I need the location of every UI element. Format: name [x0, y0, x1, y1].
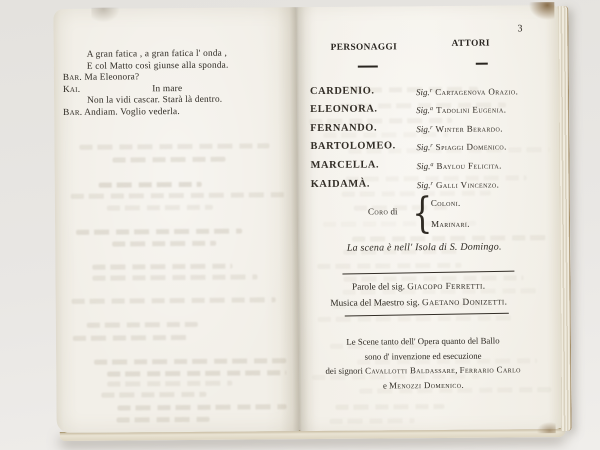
scenographer-name: Menozzi Domenico [389, 380, 462, 391]
title-superscript: r [430, 124, 433, 131]
dialogue-text: Ma Eleonora? [84, 72, 139, 82]
actor-text: Winter Berardo. [435, 123, 502, 134]
left-page: A gran fatica , a gran fatica l' onda , … [53, 7, 299, 433]
cast-row: KAIDAMÀ. Sig.rGalli Vincenzo. [311, 177, 557, 192]
right-page: 3 PERSONAGGI ATTORI CARDENIO. Sig.rCarta… [296, 5, 561, 431]
cast-row: CARDENIO. Sig.rCartagenova Orazio. [310, 84, 556, 99]
title-abbrev: Sig. [416, 124, 430, 134]
scenery-line: e Menozzi Domenico. [299, 377, 547, 394]
actor-text: Cartagenova Orazio. [435, 86, 518, 97]
photo-backdrop: A gran fatica , a gran fatica l' onda , … [0, 0, 600, 450]
librettist-name: Giacopo Ferretti [407, 282, 483, 293]
actor-name: Sig.aTadolini Eugenia. [416, 104, 506, 115]
character-name: KAIDAMÀ. [311, 179, 370, 190]
credit-suffix: . [483, 282, 485, 292]
scenery-credit-block: Le Scene tanto dell' Opera quanto del Ba… [299, 333, 547, 393]
title-superscript: a [430, 161, 433, 168]
cast-row: MARCELLA. Sig.aBaylou Felicita. [311, 158, 557, 173]
scenery-suffix: . [461, 380, 463, 390]
dialogue-line: Bar. Andiam. Voglio vederla. [60, 106, 290, 119]
actor-text: Galli Vincenzo. [436, 179, 499, 189]
composer-name: Gaetano Donizetti [422, 297, 505, 308]
personaggi-rule [358, 65, 378, 67]
character-name: CARDENIO. [310, 86, 375, 98]
credit-prefix: Parole del sig. [352, 282, 407, 292]
choir-group-marinari: Marinari. [431, 219, 470, 229]
cast-row: ELEONORA. Sig.aTadolini Eugenia. [310, 102, 556, 117]
cast-row: FERNANDO. Sig.rWinter Berardo. [310, 121, 556, 136]
dialogue-text: E col Matto così giunse alla sponda. [87, 60, 229, 71]
actor-name: Sig.rSpiaggi Domenico. [416, 141, 506, 152]
choir-brace: { [412, 192, 432, 234]
choir-label: Coro di [368, 206, 398, 216]
cast-row: BARTOLOMEO. Sig.rSpiaggi Domenico. [310, 139, 556, 154]
dialogue-text: Andiam. Voglio vederla. [84, 107, 180, 118]
worn-corner-bottom-right [536, 421, 556, 433]
choir-group-coloni: Coloni. [431, 198, 461, 208]
actor-name: Sig.aBaylou Felicita. [417, 160, 502, 171]
character-name: MARCELLA. [311, 159, 380, 171]
attori-heading: ATTORI [452, 39, 490, 49]
actor-name: Sig.rCartagenova Orazio. [416, 86, 518, 97]
dialogue-text: Non la vidi cascar. Starà là dentro. [87, 95, 222, 106]
book-gutter [277, 7, 320, 431]
title-superscript: r [430, 87, 433, 94]
speaker-label: Kai. [63, 84, 80, 94]
title-abbrev: Sig. [416, 142, 430, 152]
character-name: ELEONORA. [310, 103, 378, 115]
title-abbrev: Sig. [417, 161, 431, 171]
scenographer-name: Cavallotti Baldassare [365, 365, 455, 376]
dialogue-text: A gran fatica , a gran fatica l' onda , [87, 49, 227, 60]
title-abbrev: Sig. [416, 87, 430, 97]
credit-prefix: Musica del Maestro sig. [330, 298, 422, 309]
worn-corner-top-right [526, 2, 554, 22]
character-name: FERNANDO. [310, 122, 377, 134]
librettist-credit: Parole del sig. Giacopo Ferretti. [299, 281, 539, 293]
dialogue-text: In mare [152, 84, 182, 94]
actor-text: Spiaggi Domenico. [436, 141, 507, 152]
page-number: 3 [517, 23, 522, 34]
title-superscript: r [430, 142, 433, 149]
actor-text: Tadolini Eugenia. [436, 104, 506, 115]
title-superscript: r [430, 180, 433, 187]
character-name: BARTOLOMEO. [310, 140, 396, 152]
worn-corner-top-left [91, 7, 121, 23]
speaker-label: Bar. [63, 107, 82, 117]
choir-coro-text: Coro [368, 206, 388, 216]
scenery-line: dei signori Cavallotti Baldassare, Ferra… [299, 362, 547, 379]
credit-suffix: . [505, 297, 507, 307]
scenographer-name: Ferrario Carlo [460, 365, 521, 375]
dialogue-block: A gran fatica , a gran fatica l' onda , … [60, 48, 291, 119]
composer-credit: Musica del Maestro sig. Gaetano Donizett… [299, 297, 539, 309]
speaker-label: Bar. [63, 73, 82, 83]
actor-name: Sig.rWinter Berardo. [416, 123, 503, 134]
choir-di-text: di [390, 206, 397, 216]
attori-rule [476, 63, 488, 65]
actor-text: Baylou Felicita. [436, 160, 501, 171]
open-book: A gran fatica , a gran fatica l' onda , … [53, 5, 569, 433]
title-abbrev: Sig. [416, 105, 430, 115]
personaggi-heading: PERSONAGGI [331, 42, 398, 53]
title-superscript: a [430, 105, 433, 112]
scene-note: La scena è nell' Isola di S. Domingo. [306, 241, 542, 254]
scenery-prefix: dei signori [325, 366, 365, 376]
